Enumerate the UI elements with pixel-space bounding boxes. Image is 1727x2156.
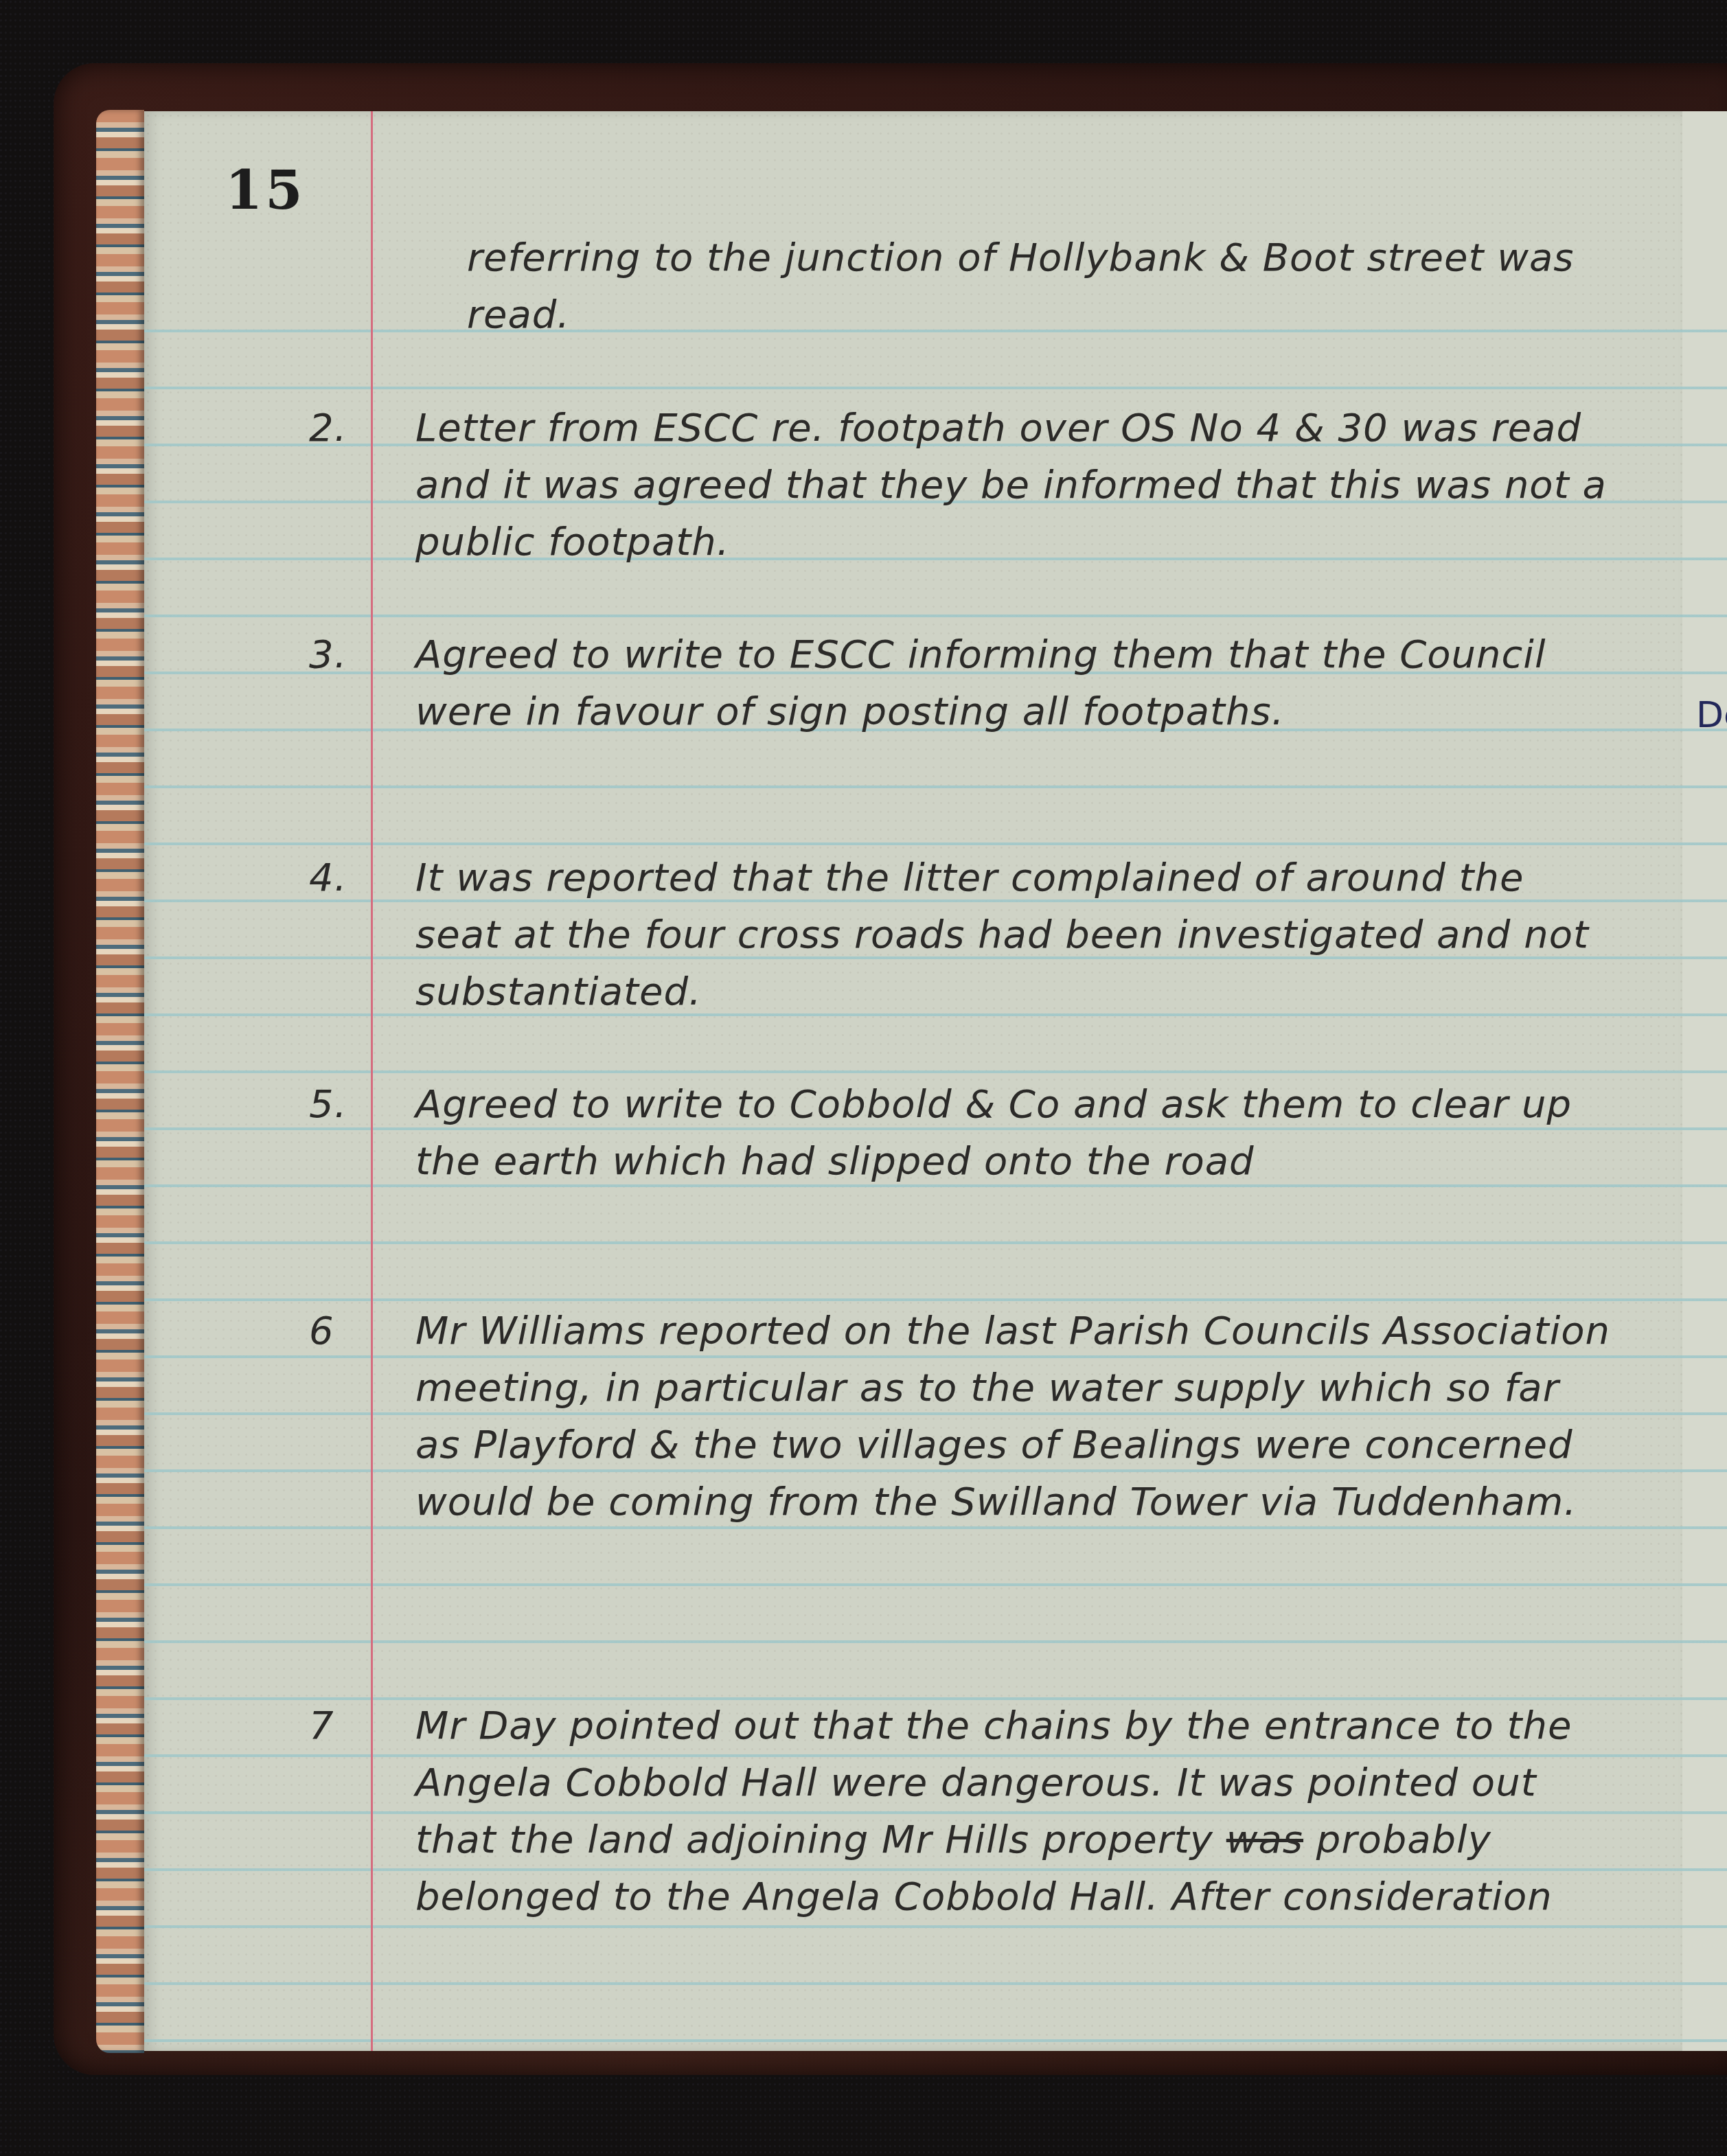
item-number: 2. bbox=[309, 400, 364, 457]
item-text: Agreed to write to Cobbold & Co and ask … bbox=[415, 1076, 1614, 1190]
adjacent-page: De bbox=[1675, 111, 1727, 2051]
page-number: 15 bbox=[225, 159, 306, 222]
item-number: 6 bbox=[309, 1303, 364, 1360]
adjacent-page-text-fragment: De bbox=[1696, 695, 1727, 736]
item-text: Agreed to write to ESCC informing them t… bbox=[415, 626, 1614, 740]
item-number: 5. bbox=[309, 1076, 364, 1133]
marbled-page-edges bbox=[96, 110, 144, 2053]
struck-through-word: was bbox=[1226, 1817, 1303, 1862]
continuation-text: referring to the junction of Hollybank &… bbox=[467, 229, 1627, 343]
item-text: Mr Day pointed out that the chains by th… bbox=[415, 1697, 1614, 1925]
item-number: 4. bbox=[309, 849, 364, 906]
item-text: Letter from ESCC re. footpath over OS No… bbox=[415, 400, 1614, 571]
item-number: 7 bbox=[309, 1697, 364, 1754]
item-text: Mr Williams reported on the last Parish … bbox=[415, 1303, 1614, 1530]
ruled-lines bbox=[1677, 276, 1727, 2051]
margin-line bbox=[371, 111, 373, 2051]
item-text: It was reported that the litter complain… bbox=[415, 849, 1614, 1020]
item-number: 3. bbox=[309, 626, 364, 683]
notebook-page: 15 referring to the junction of Hollyban… bbox=[144, 111, 1682, 2051]
